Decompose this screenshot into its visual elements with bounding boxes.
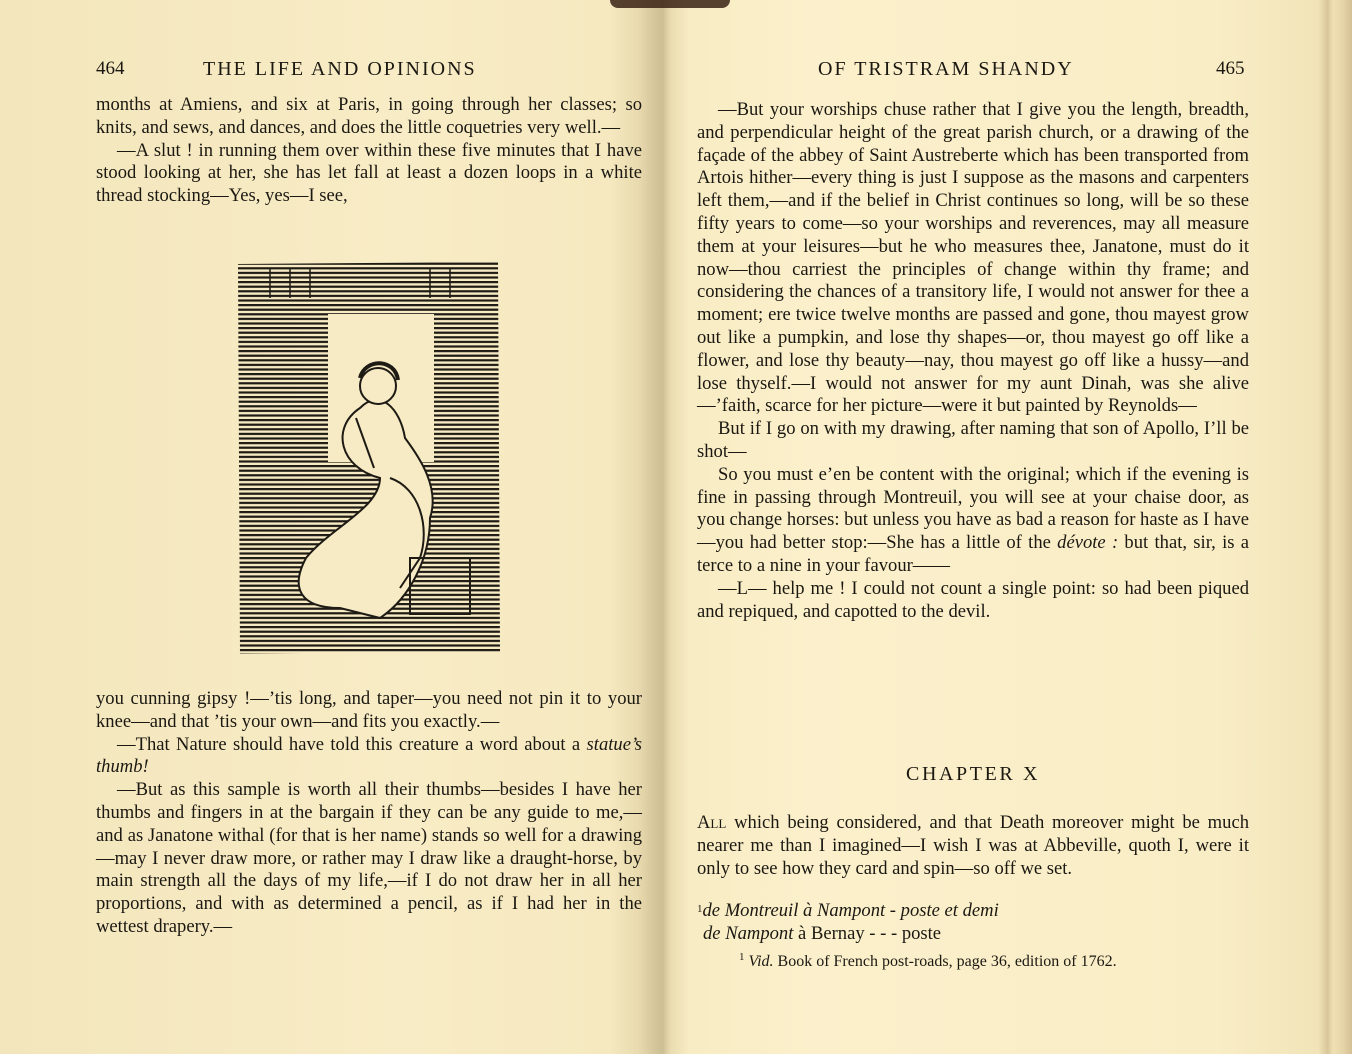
paragraph: —But as this sample is worth all their t… xyxy=(96,779,642,939)
footnote-marker: 1 xyxy=(697,903,703,915)
paragraph: —But your worships chuse rather that I g… xyxy=(697,99,1249,418)
post-table-row: 1de Montreuil à Nampont - poste et demi xyxy=(697,900,999,923)
running-head: THE LIFE AND OPINIONS xyxy=(203,58,477,81)
text-run: which being considered, and that Death m… xyxy=(697,812,1249,879)
paragraph: you cunning gipsy !—’tis long, and taper… xyxy=(96,688,642,734)
route-value: poste et demi xyxy=(901,900,999,921)
text-block: —But your worships chuse rather that I g… xyxy=(697,99,1249,623)
text-block-bottom: you cunning gipsy !—’tis long, and taper… xyxy=(96,688,642,939)
drop-word: All xyxy=(697,812,726,833)
route-from: de Montreuil à Nampont xyxy=(703,900,886,921)
paragraph: months at Amiens, and six at Paris, in g… xyxy=(96,94,642,140)
text-block-top: months at Amiens, and six at Paris, in g… xyxy=(96,94,642,208)
footnote-marker: 1 xyxy=(739,951,745,963)
page-number: 465 xyxy=(1216,58,1245,80)
paragraph: —L— help me ! I could not count a single… xyxy=(697,578,1249,624)
engraving-illustration xyxy=(230,258,506,658)
post-table-row: de Nampont à Bernay - - - poste xyxy=(703,923,941,946)
text-run: —That Nature should have told this creat… xyxy=(117,734,587,755)
footnote: 1 Vid. Book of French post-roads, page 3… xyxy=(739,953,1117,971)
separator: - xyxy=(885,900,901,921)
page-number: 464 xyxy=(96,58,125,80)
italic-phrase: dévote : xyxy=(1057,532,1118,553)
paragraph: —A slut ! in running them over within th… xyxy=(96,140,642,208)
footnote-text: Book of French post-roads, page 36, edit… xyxy=(774,953,1117,970)
chapter-heading: CHAPTER X xyxy=(697,763,1249,786)
separator: - - - xyxy=(865,923,902,944)
route-value: poste xyxy=(902,923,941,944)
footnote-vid: Vid. xyxy=(749,953,774,970)
running-head: OF TRISTRAM SHANDY xyxy=(818,58,1074,81)
open-book-spread: 464 THE LIFE AND OPINIONS months at Amie… xyxy=(0,0,1352,1054)
paragraph: —That Nature should have told this creat… xyxy=(96,734,642,780)
book-spine-top xyxy=(610,0,730,8)
chapter-text: All which being considered, and that Dea… xyxy=(697,812,1249,880)
route-to: à Bernay xyxy=(793,923,864,944)
route-from: de Nampont xyxy=(703,923,793,944)
paragraph: So you must e’en be content with the ori… xyxy=(697,464,1249,578)
paragraph: But if I go on with my drawing, after na… xyxy=(697,418,1249,464)
